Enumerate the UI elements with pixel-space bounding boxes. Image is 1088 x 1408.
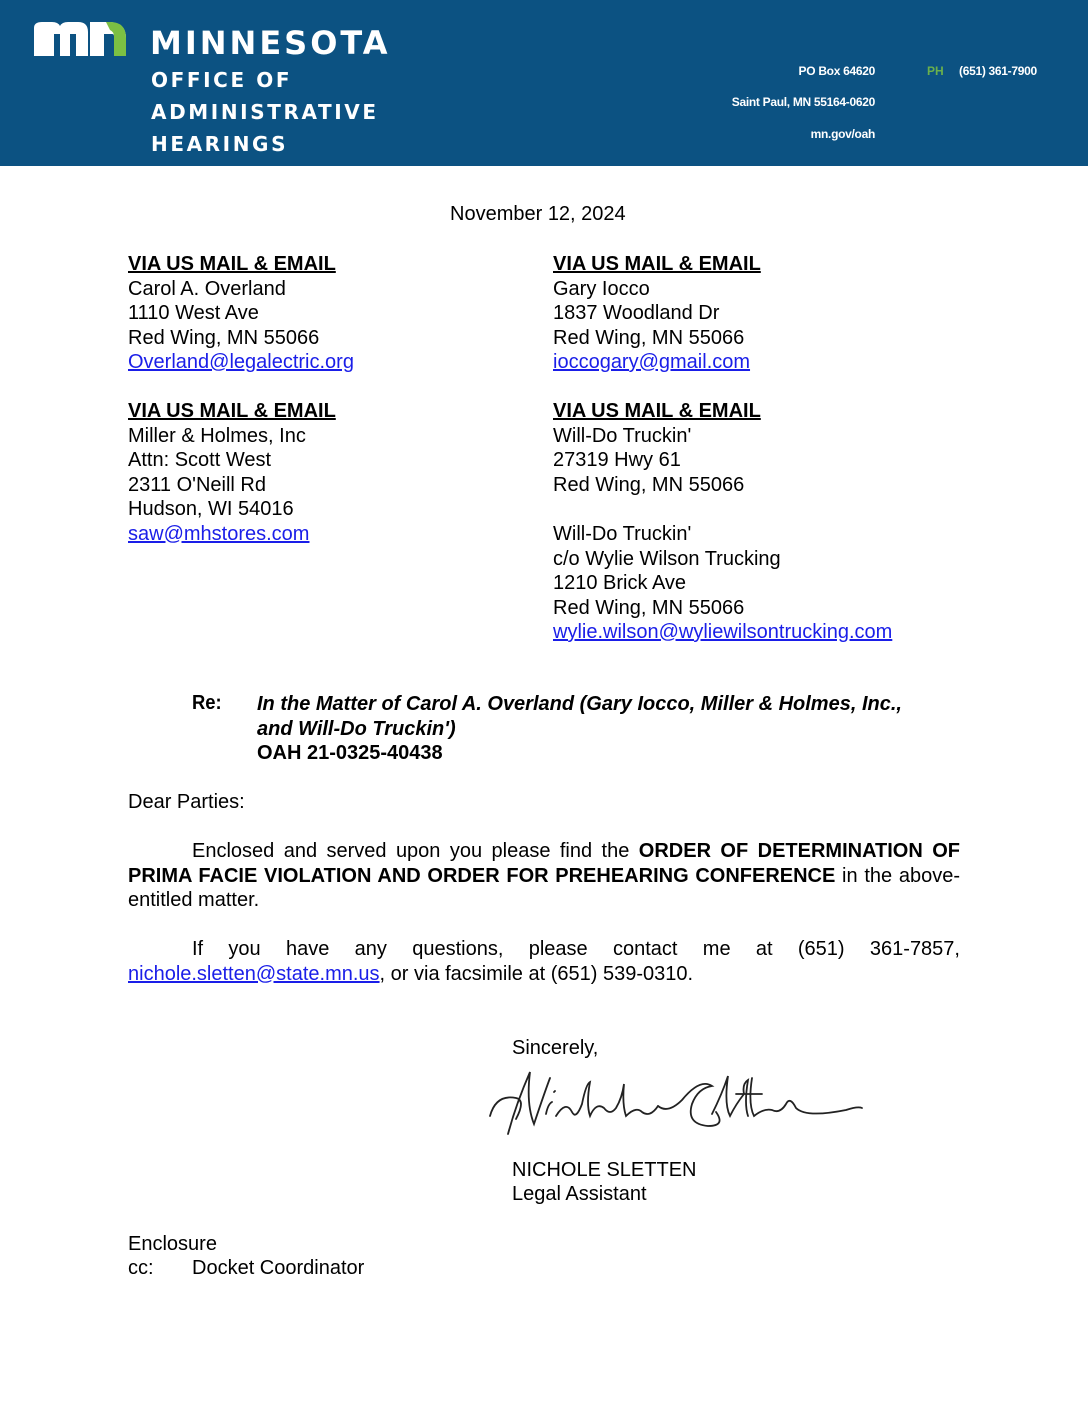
brand-subtitle-line: OFFICE OF bbox=[151, 68, 292, 92]
recipient-name: Gary Iocco bbox=[553, 277, 761, 302]
header-address-city: Saint Paul, MN 55164-0620 bbox=[732, 95, 875, 109]
delivery-method: VIA US MAIL & EMAIL bbox=[128, 252, 354, 277]
recipient-email-link[interactable]: ioccogary@gmail.com bbox=[553, 351, 750, 373]
brand-subtitle-line: ADMINISTRATIVE bbox=[151, 100, 379, 124]
recipient-city: Hudson, WI 54016 bbox=[128, 497, 336, 522]
body-paragraph: Enclosed and served upon you please find… bbox=[128, 839, 960, 913]
contact-email-link[interactable]: nichole.sletten@state.mn.us bbox=[128, 963, 380, 985]
cc-label: cc: bbox=[128, 1256, 154, 1281]
recipient-city: Red Wing, MN 55066 bbox=[553, 326, 761, 351]
salutation: Dear Parties: bbox=[128, 790, 245, 815]
recipient-street: 1837 Woodland Dr bbox=[553, 301, 761, 326]
recipient-attn: Attn: Scott West bbox=[128, 448, 336, 473]
recipient-block: VIA US MAIL & EMAIL Carol A. Overland 11… bbox=[128, 252, 354, 375]
recipient-city: Red Wing, MN 55066 bbox=[553, 473, 761, 498]
matter-title-line: and Will-Do Truckin') bbox=[257, 717, 977, 742]
recipient-name: Miller & Holmes, Inc bbox=[128, 424, 336, 449]
header-phone: (651) 361-7900 bbox=[959, 64, 1037, 78]
recipient-name: Will-Do Truckin' bbox=[553, 424, 761, 449]
matter-title-line: In the Matter of Carol A. Overland (Gary… bbox=[257, 692, 977, 717]
recipient-email-link[interactable]: saw@mhstores.com bbox=[128, 523, 309, 545]
body-paragraph: If you have any questions, please contac… bbox=[128, 937, 960, 986]
cc-recipient: Docket Coordinator bbox=[192, 1256, 364, 1281]
closing: Sincerely, bbox=[512, 1036, 598, 1061]
recipient-care-of: c/o Wylie Wilson Trucking bbox=[553, 547, 892, 572]
recipient-street: 1110 West Ave bbox=[128, 301, 354, 326]
recipient-block: VIA US MAIL & EMAIL Miller & Holmes, Inc… bbox=[128, 399, 336, 546]
letter-date: November 12, 2024 bbox=[450, 202, 626, 227]
delivery-method: VIA US MAIL & EMAIL bbox=[128, 399, 336, 424]
header-website-link[interactable]: mn.gov/oah bbox=[811, 127, 875, 141]
recipient-name: Will-Do Truckin' bbox=[553, 522, 892, 547]
signer-title: Legal Assistant bbox=[512, 1182, 647, 1207]
recipient-email-link[interactable]: wylie.wilson@wyliewilsontrucking.com bbox=[553, 621, 892, 643]
recipient-street: 27319 Hwy 61 bbox=[553, 448, 761, 473]
paragraph-text: Enclosed and served upon you please find… bbox=[192, 840, 639, 862]
brand-subtitle-line: HEARINGS bbox=[151, 132, 288, 156]
recipient-email-link[interactable]: Overland@legalectric.org bbox=[128, 351, 354, 373]
recipient-block: VIA US MAIL & EMAIL Gary Iocco 1837 Wood… bbox=[553, 252, 761, 375]
letterhead: MINNESOTA OFFICE OF ADMINISTRATIVE HEARI… bbox=[0, 0, 1088, 166]
signature-icon bbox=[486, 1064, 866, 1139]
delivery-method: VIA US MAIL & EMAIL bbox=[553, 399, 761, 424]
recipient-street: 2311 O'Neill Rd bbox=[128, 473, 336, 498]
recipient-city: Red Wing, MN 55066 bbox=[553, 596, 892, 621]
enclosure-note: Enclosure bbox=[128, 1232, 217, 1257]
recipient-block: Will-Do Truckin' c/o Wylie Wilson Trucki… bbox=[553, 522, 892, 645]
mn-logo-icon bbox=[32, 20, 132, 58]
recipient-street: 1210 Brick Ave bbox=[553, 571, 892, 596]
re-label: Re: bbox=[192, 692, 222, 715]
paragraph-text: , or via facsimile at (651) 539-0310. bbox=[380, 963, 694, 985]
recipient-block: VIA US MAIL & EMAIL Will-Do Truckin' 273… bbox=[553, 399, 761, 497]
paragraph-text: If you have any questions, please contac… bbox=[192, 938, 960, 960]
brand-name: MINNESOTA bbox=[150, 24, 391, 62]
recipient-name: Carol A. Overland bbox=[128, 277, 354, 302]
recipient-city: Red Wing, MN 55066 bbox=[128, 326, 354, 351]
header-address-po-box: PO Box 64620 bbox=[799, 64, 875, 78]
signer-name: NICHOLE SLETTEN bbox=[512, 1158, 696, 1183]
re-subject: In the Matter of Carol A. Overland (Gary… bbox=[257, 692, 977, 766]
phone-label: PH bbox=[927, 64, 944, 78]
case-number: OAH 21-0325-40438 bbox=[257, 741, 977, 766]
delivery-method: VIA US MAIL & EMAIL bbox=[553, 252, 761, 277]
